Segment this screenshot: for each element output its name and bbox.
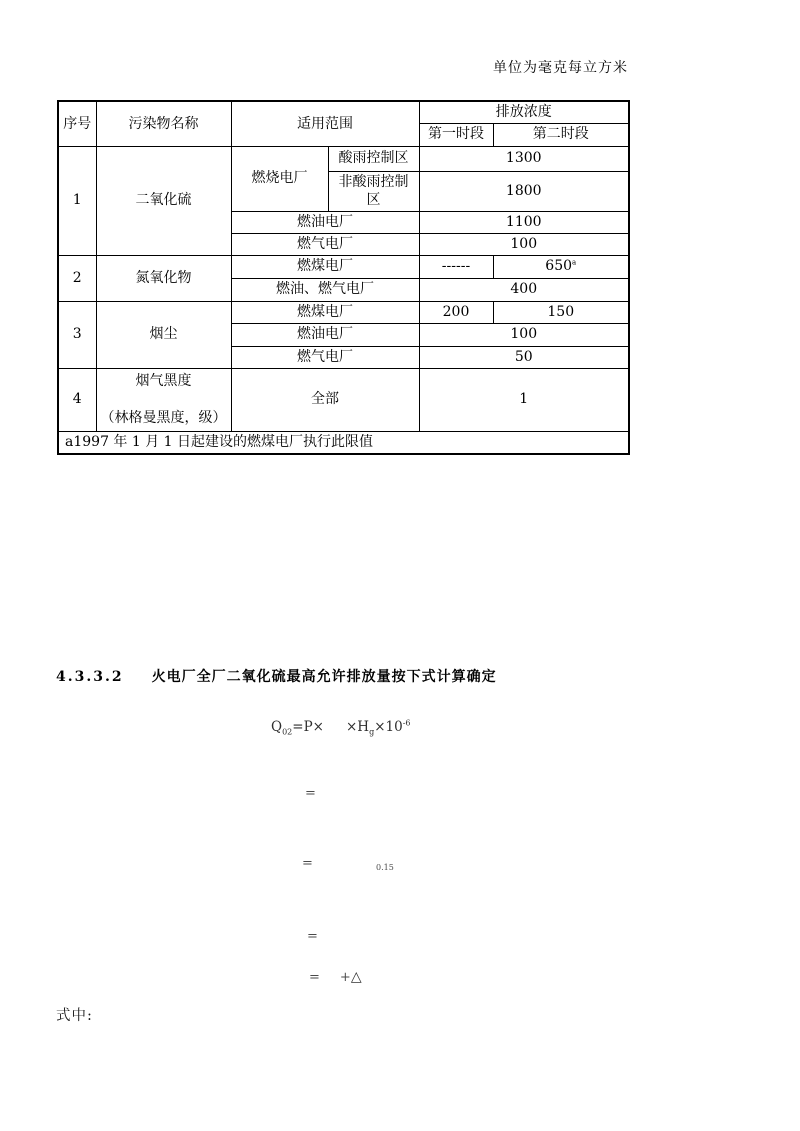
cell-scope-gas-plant: 燃气电厂 — [231, 233, 419, 255]
cell-value-200: 200 — [419, 301, 493, 323]
cell-non-acid-rain-zone: 非酸雨控制 区 — [328, 171, 419, 211]
cell-value-1800: 1800 — [419, 171, 629, 211]
table-footnote: a1997 年 1 月 1 日起建设的燃煤电厂执行此限值 — [58, 431, 629, 454]
formula-times-ten: ×10 — [374, 719, 403, 735]
equation-subscript-015: 0.15 — [376, 863, 394, 872]
cell-pollutant-so2: 二氧化硫 — [96, 146, 231, 255]
cell-value-100: 100 — [419, 233, 629, 255]
document-page: 单位为毫克每立方米 序号 污染物名称 适用范围 排放浓度 第一时段 第二时段 1… — [0, 0, 800, 1131]
cell-value-100-dust: 100 — [419, 323, 629, 346]
plus-sign: + — [340, 970, 351, 985]
header-no: 序号 — [58, 101, 96, 146]
header-scope: 适用范围 — [231, 101, 419, 146]
equation-fragment-2: = — [302, 856, 313, 871]
cell-scope-oil-plant: 燃油电厂 — [231, 211, 419, 233]
cell-value-50: 50 — [419, 346, 629, 368]
formula-q: Q — [271, 719, 282, 735]
cell-value-400: 400 — [419, 278, 629, 301]
cell-scope-all: 全部 — [231, 368, 419, 431]
cell-no-2: 2 — [58, 255, 96, 301]
formula-q-subscript: 02 — [282, 728, 292, 737]
cell-pollutant-dust: 烟尘 — [96, 301, 231, 368]
header-period1: 第一时段 — [419, 123, 493, 146]
formula-where-label: 式中: — [56, 1004, 93, 1025]
header-concentration: 排放浓度 — [419, 101, 629, 123]
cell-value-1: 1 — [419, 368, 629, 431]
cell-value-1300: 1300 — [419, 146, 629, 171]
value-650-text: 650 — [545, 258, 572, 274]
table-row: 1 二氧化硫 燃烧电厂 酸雨控制区 1300 — [58, 146, 629, 171]
so2-emission-formula: Q02=P××Hg×10-6 — [271, 719, 411, 735]
cell-value-1100: 1100 — [419, 211, 629, 233]
formula-times-h: ×H — [346, 719, 369, 735]
cell-acid-rain-zone: 酸雨控制区 — [328, 146, 419, 171]
cell-dashes: ------ — [419, 255, 493, 278]
table-row: 3 烟尘 燃煤电厂 200 150 — [58, 301, 629, 323]
unit-note: 单位为毫克每立方米 — [0, 57, 628, 77]
equation-equals-sign: = — [309, 970, 320, 985]
equation-fragment-1: = — [305, 786, 316, 801]
equation-fragment-4: =+△ — [309, 969, 362, 985]
cell-scope-oil-gas-plant: 燃油、燃气电厂 — [231, 278, 419, 301]
cell-pollutant-blackness: 烟气黑度 （林格曼黑度，级） — [96, 368, 231, 431]
emission-limits-table: 序号 污染物名称 适用范围 排放浓度 第一时段 第二时段 1 二氧化硫 燃烧电厂… — [57, 100, 630, 455]
cell-scope-coal-plant-dust: 燃煤电厂 — [231, 301, 419, 323]
table-row: 4 烟气黑度 （林格曼黑度，级） 全部 1 — [58, 368, 629, 431]
cell-no-1: 1 — [58, 146, 96, 255]
triangle-symbol: △ — [351, 969, 362, 985]
table-footnote-row: a1997 年 1 月 1 日起建设的燃煤电厂执行此限值 — [58, 431, 629, 454]
formula-exponent: -6 — [403, 719, 411, 728]
cell-no-3: 3 — [58, 301, 96, 368]
section-title: 火电厂全厂二氧化硫最高允许排放量按下式计算确定 — [152, 669, 497, 685]
equation-fragment-3: = — [307, 929, 318, 944]
cell-no-4: 4 — [58, 368, 96, 431]
formula-equals-p: =P× — [292, 719, 324, 735]
table-row: 2 氮氧化物 燃煤电厂 ------ 650a — [58, 255, 629, 278]
header-pollutant: 污染物名称 — [96, 101, 231, 146]
table-header-row-1: 序号 污染物名称 适用范围 排放浓度 — [58, 101, 629, 123]
footnote-marker-a: a — [572, 259, 576, 267]
cell-scope-coal-plant: 燃烧电厂 — [231, 146, 328, 211]
section-number: 4.3.3.2 — [56, 669, 124, 685]
cell-scope-coal-plant-nox: 燃煤电厂 — [231, 255, 419, 278]
cell-value-150: 150 — [493, 301, 629, 323]
header-period2: 第二时段 — [493, 123, 629, 146]
cell-pollutant-nox: 氮氧化物 — [96, 255, 231, 301]
cell-value-650: 650a — [493, 255, 629, 278]
section-heading: 4.3.3.2火电厂全厂二氧化硫最高允许排放量按下式计算确定 — [56, 666, 497, 686]
cell-scope-gas-plant-dust: 燃气电厂 — [231, 346, 419, 368]
cell-scope-oil-plant-dust: 燃油电厂 — [231, 323, 419, 346]
